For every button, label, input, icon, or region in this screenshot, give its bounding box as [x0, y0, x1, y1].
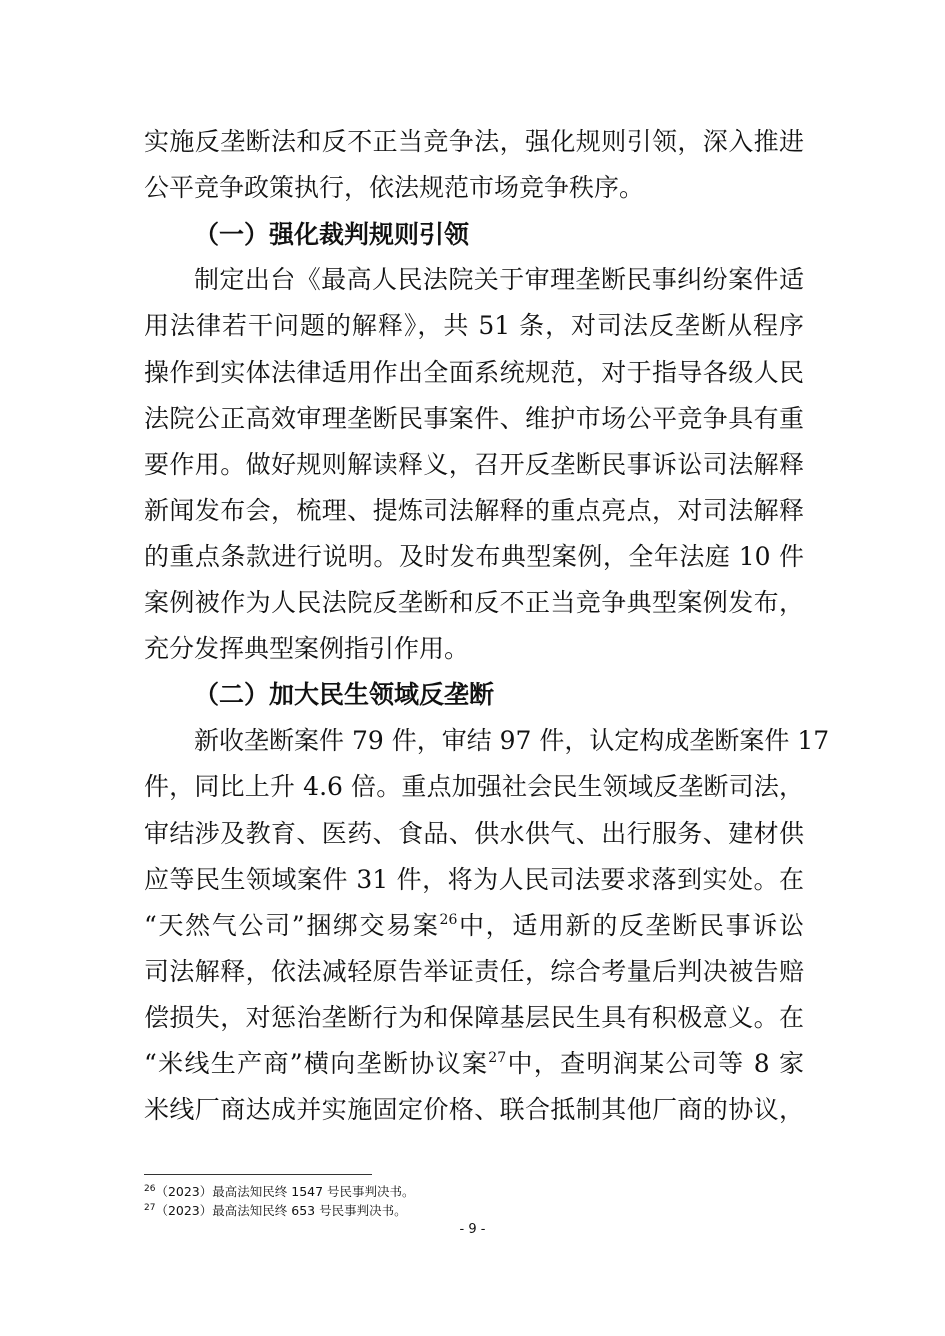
- paragraph-line: 偿损失，对惩治垄断行为和保障基层民生具有积极意义。在: [144, 995, 804, 1041]
- paragraph-line: 审结涉及教育、医药、食品、供水供气、出行服务、建材供: [144, 811, 804, 857]
- paragraph-line: 应等民生领域案件 31 件，将为人民司法要求落到实处。在: [144, 857, 804, 903]
- paragraph-line: 公平竞争政策执行，依法规范市场竞争秩序。: [144, 165, 804, 211]
- footnote-26: 26（2023）最高法知民终 1547 号民事判决书。: [144, 1183, 415, 1201]
- paragraph-line: 司法解释，依法减轻原告举证责任，综合考量后判决被告赔: [144, 949, 804, 995]
- paragraph-line: 件，同比上升 4.6 倍。重点加强社会民生领域反垄断司法，: [144, 764, 804, 810]
- footnote-ref-26[interactable]: 26: [440, 912, 458, 928]
- section-heading-2: （二）加大民生领域反垄断: [194, 672, 494, 718]
- paragraph-line: 用法律若干问题的解释》，共 51 条，对司法反垄断从程序: [144, 303, 804, 349]
- document-page: 实施反垄断法和反不正当竞争法，强化规则引领，深入推进 公平竞争政策执行，依法规范…: [0, 0, 945, 1336]
- paragraph-line: 的重点条款进行说明。及时发布典型案例，全年法庭 10 件: [144, 534, 804, 580]
- paragraph-line: 要作用。做好规则解读释义，召开反垄断民事诉讼司法解释: [144, 442, 804, 488]
- paragraph-line-with-footnote-27: “米线生产商”横向垄断协议案27中，查明润某公司等 8 家: [144, 1041, 804, 1087]
- footnote-ref-27[interactable]: 27: [488, 1050, 506, 1066]
- paragraph-line: 新收垄断案件 79 件，审结 97 件，认定构成垄断案件 17: [194, 718, 804, 764]
- paragraph-line: 米线厂商达成并实施固定价格、联合抵制其他厂商的协议，: [144, 1087, 804, 1133]
- footnote-separator: [144, 1174, 372, 1175]
- paragraph-line-with-footnote-26: “天然气公司”捆绑交易案26中，适用新的反垄断民事诉讼: [144, 903, 804, 949]
- paragraph-line: 案例被作为人民法院反垄断和反不正当竞争典型案例发布，: [144, 580, 804, 626]
- page-number: - 9 -: [0, 1222, 945, 1237]
- paragraph-line: 充分发挥典型案例指引作用。: [144, 626, 804, 672]
- footnote-27: 27（2023）最高法知民终 653 号民事判决书。: [144, 1202, 407, 1220]
- paragraph-line: 制定出台《最高人民法院关于审理垄断民事纠纷案件适: [194, 257, 804, 303]
- paragraph-line: 操作到实体法律适用作出全面系统规范，对于指导各级人民: [144, 350, 804, 396]
- paragraph-line: 新闻发布会，梳理、提炼司法解释的重点亮点，对司法解释: [144, 488, 804, 534]
- paragraph-line: 法院公正高效审理垄断民事案件、维护市场公平竞争具有重: [144, 396, 804, 442]
- section-heading-1: （一）强化裁判规则引领: [194, 212, 469, 258]
- paragraph-line: 实施反垄断法和反不正当竞争法，强化规则引领，深入推进: [144, 119, 804, 165]
